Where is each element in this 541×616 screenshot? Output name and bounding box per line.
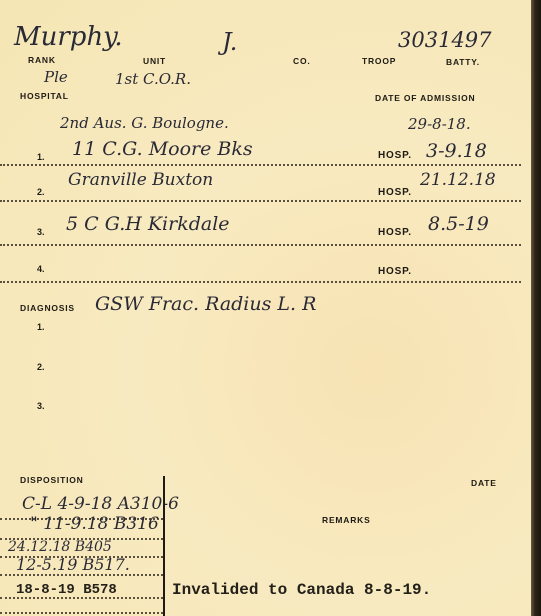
hospital-entry-4-number: 4. [37,264,45,274]
date-label: Date [471,478,497,488]
diagnosis-label: Diagnosis [20,303,75,313]
hospital-entry-1-name: 11 C.G. Moore Bks [72,138,253,160]
disposition-entry-1: C-L 4-9-18 A310-6 [22,494,179,514]
initial-hospital-name: 2nd Aus. G. Boulogne. [60,114,229,132]
diagnosis-line-3: 3. [37,401,45,411]
disposition-label: Disposition [20,475,84,485]
dotted-line [0,164,521,166]
hospital-entry-2-number: 2. [37,187,45,197]
dotted-line [0,244,521,246]
diagnosis-line-2: 2. [37,362,45,372]
disposition-typed-entry: 18-8-19 B578 [16,582,117,598]
troop-label: Troop [362,56,396,66]
column-divider [163,476,165,616]
initial: J. [222,28,237,56]
hospital-entry-3-name: 5 C G.H Kirkdale [66,213,230,235]
hospital-entry-4-hosp-label: Hosp. [378,266,412,277]
disposition-entry-4: 12-5.19 B517. [16,555,130,574]
hospital-entry-3-number: 3. [37,227,45,237]
company-label: Co. [293,56,311,66]
hospital-entry-1-date: 3-9.18 [426,140,487,162]
dotted-line [0,574,163,576]
unit-label: Unit [143,56,166,66]
diagnosis-value: GSW Frac. Radius L. R [95,293,316,315]
date-of-admission-label: Date of Admission [375,93,476,103]
dotted-line [0,281,521,283]
remarks-label: Remarks [322,515,371,525]
regimental-number: 3031497 [398,28,492,52]
dotted-line [0,597,163,599]
hospital-entry-3-date: 8.5-19 [428,213,489,235]
hospital-entry-2-name: Granville Buxton [68,170,213,190]
unit-value: 1st C.O.R. [115,70,191,88]
hospital-entry-1-number: 1. [37,152,45,162]
hospital-entry-2-hosp-label: Hosp. [378,187,412,198]
rank-label: Rank [28,55,56,65]
rank-value: Ple [44,68,68,86]
hospital-label: Hospital [20,91,69,101]
card-edge-shadow [531,0,541,616]
hospital-entry-3-hosp-label: Hosp. [378,227,412,238]
hospital-entry-1-hosp-label: Hosp. [378,150,412,161]
initial-admission-date: 29-8-18. [408,115,471,133]
diagnosis-line-1: 1. [37,322,45,332]
hospital-entry-2-date: 21.12.18 [420,170,496,190]
disposition-entry-2: " 11-9.18 B316 [30,514,159,534]
disposition-entry-3: 24.12.18 B405 [8,539,112,555]
remark-text: Invalided to Canada 8-8-19. [172,581,431,599]
dotted-line [0,200,521,202]
service-record-card: Murphy. J. 3031497 Rank Unit Co. Troop B… [0,0,531,616]
surname: Murphy. [14,22,123,52]
dotted-line [0,612,163,614]
battery-label: Batty. [446,57,480,67]
